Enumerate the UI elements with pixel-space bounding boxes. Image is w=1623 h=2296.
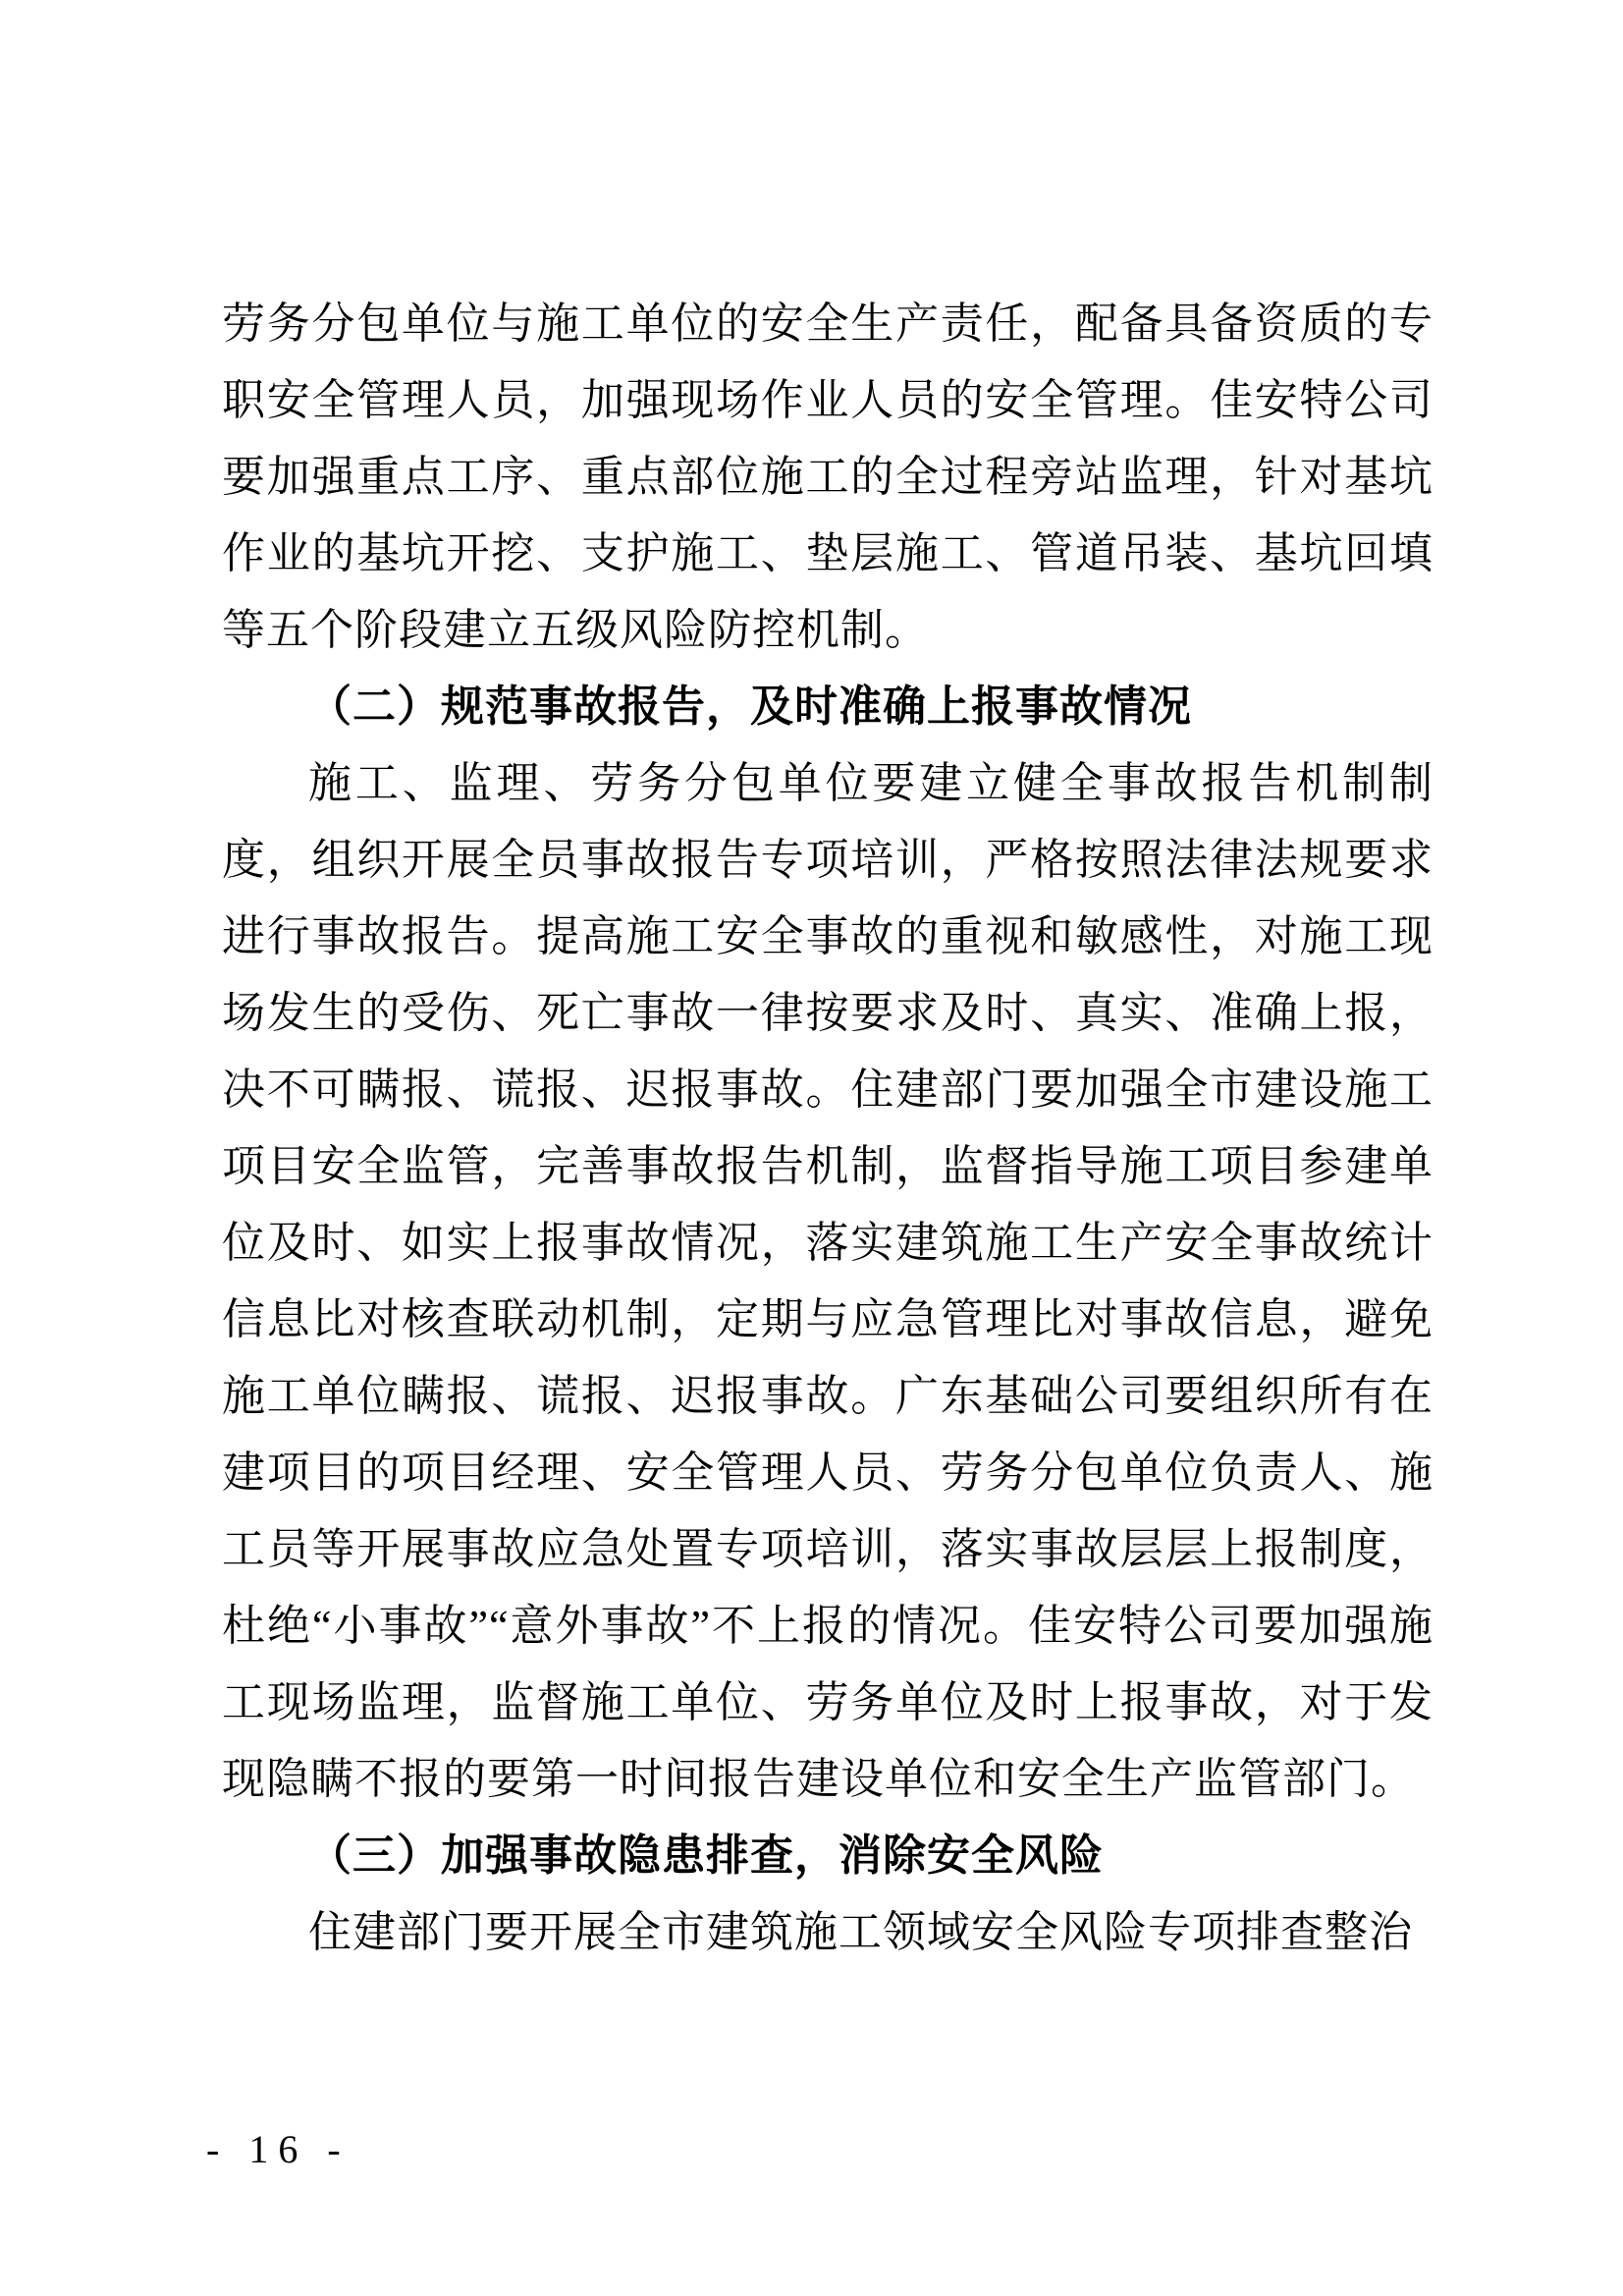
paragraph-section-3: 住建部门要开展全市建筑施工领域安全风险专项排查整治 bbox=[222, 1894, 1434, 1971]
text-block: 劳务分包单位与施工单位的安全生产责任，配备具备资质的专职安全管理人员，加强现场作… bbox=[222, 286, 1434, 1971]
paragraph-section-2: 施工、监理、劳务分包单位要建立健全事故报告机制制度，组织开展全员事故报告专项培训… bbox=[222, 745, 1434, 1818]
section-heading-2: （二）规范事故报告，及时准确上报事故情况 bbox=[222, 669, 1434, 745]
section-heading-3: （三）加强事故隐患排查，消除安全风险 bbox=[222, 1818, 1434, 1894]
paragraph-continuation: 劳务分包单位与施工单位的安全生产责任，配备具备资质的专职安全管理人员，加强现场作… bbox=[222, 286, 1434, 669]
page-number: - 16 - bbox=[206, 2127, 351, 2172]
document-page: 劳务分包单位与施工单位的安全生产责任，配备具备资质的专职安全管理人员，加强现场作… bbox=[0, 0, 1623, 2296]
